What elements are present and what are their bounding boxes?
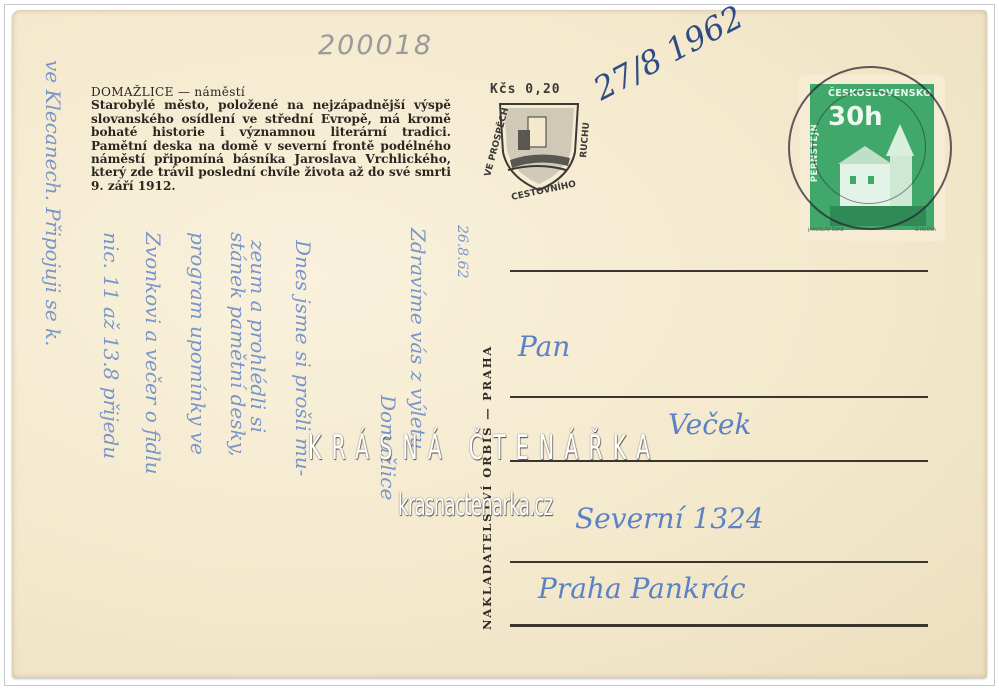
tourism-cachet: VE PROSPĚCH CESTOVNÍHO RUCHU Kčs 0,20	[478, 82, 603, 202]
message-column: stánek pamětní desky,	[226, 232, 250, 457]
message-column: Zdravíme vás z výletu	[406, 228, 430, 450]
address-salutation: Pan	[518, 330, 570, 363]
address-name: Veček	[668, 408, 751, 441]
stamp-engraver: B.HOUSA	[915, 228, 936, 233]
address-line-1	[510, 270, 928, 272]
caption-title: DOMAŽLICE — náměstí	[91, 86, 451, 99]
address-line-4	[510, 561, 928, 563]
castle-shield-icon: VE PROSPĚCH CESTOVNÍHO RUCHU	[478, 82, 603, 202]
message-column: program upomínky ve	[186, 232, 210, 455]
address-city: Praha Pankrác	[538, 572, 746, 605]
address-line-5	[510, 624, 928, 627]
pencil-inventory-number: 200018	[318, 30, 433, 61]
postmark	[788, 66, 952, 230]
message-column: nic. 11 až 13.8 přijedu	[99, 232, 123, 459]
stamp-designer: JAROSLAV ŠVAB	[808, 228, 844, 233]
svg-text:RUCHU: RUCHU	[579, 122, 592, 158]
cachet-price: Kčs 0,20	[490, 82, 561, 97]
message-column: ve Klecanech. Připojuji se k.	[41, 60, 65, 347]
message-date: 26.8.62	[454, 225, 470, 278]
watermark-url: krasnactenarka.cz	[398, 488, 553, 523]
address-line-2	[510, 396, 928, 398]
address-street: Severní 1324	[575, 502, 764, 535]
watermark-title: KRÁSNÁ ČTENÁŘKA	[308, 428, 660, 468]
caption: DOMAŽLICE — náměstí Starobylé město, pol…	[91, 86, 451, 193]
caption-body: Starobylé město, položené na nejzápadněj…	[91, 99, 451, 193]
message-column: Zvonkovi a večer o fidlu	[141, 232, 165, 475]
